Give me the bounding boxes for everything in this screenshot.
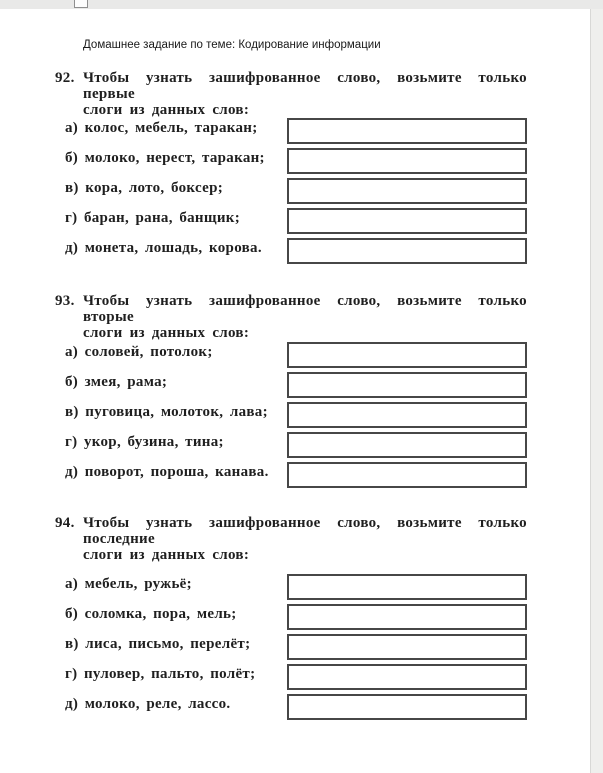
task-heading: 92. Чтобы узнать зашифрованное слово, во… — [55, 70, 527, 118]
item-label: б) молоко, нерест, таракан; — [65, 150, 265, 167]
item-label: г) баран, рана, банщик; — [65, 210, 240, 227]
answer-row: д) монета, лошадь, корова. — [0, 238, 603, 264]
answer-row: в) лиса, письмо, перелёт; — [0, 634, 603, 660]
answer-row: г) пуловер, пальто, полёт; — [0, 664, 603, 690]
answer-row: а) соловей, потолок; — [0, 342, 603, 368]
item-label: в) кора, лото, боксер; — [65, 180, 223, 197]
item-label: в) лиса, письмо, перелёт; — [65, 636, 250, 653]
task-heading: 94. Чтобы узнать зашифрованное слово, во… — [55, 515, 527, 563]
item-label: д) молоко, реле, лассо. — [65, 696, 230, 713]
item-label: а) соловей, потолок; — [65, 344, 213, 361]
answer-row: б) змея, рама; — [0, 372, 603, 398]
answer-box[interactable] — [287, 208, 527, 234]
answer-box[interactable] — [287, 664, 527, 690]
task-heading-line1: Чтобы узнать зашифрованное слово, возьми… — [83, 515, 527, 547]
answer-box[interactable] — [287, 574, 527, 600]
answer-row: б) молоко, нерест, таракан; — [0, 148, 603, 174]
answer-box[interactable] — [287, 402, 527, 428]
task-number: 93. — [55, 293, 75, 309]
answer-box[interactable] — [287, 238, 527, 264]
answer-row: а) мебель, ружьё; — [0, 574, 603, 600]
anchor-handle-icon — [74, 0, 88, 8]
answer-box[interactable] — [287, 432, 527, 458]
item-label: г) укор, бузина, тина; — [65, 434, 224, 451]
answer-box[interactable] — [287, 148, 527, 174]
task-heading-line1: Чтобы узнать зашифрованное слово, возьми… — [83, 70, 527, 102]
answer-box[interactable] — [287, 604, 527, 630]
document-page: Домашнее задание по теме: Кодирование ин… — [0, 0, 603, 773]
answer-row: г) баран, рана, банщик; — [0, 208, 603, 234]
task-heading-line2: слоги из данных слов: — [83, 102, 527, 118]
item-label: б) змея, рама; — [65, 374, 167, 391]
task-heading-line2: слоги из данных слов: — [83, 325, 527, 341]
answer-box[interactable] — [287, 462, 527, 488]
task-number: 94. — [55, 515, 75, 531]
answer-row: в) кора, лото, боксер; — [0, 178, 603, 204]
item-label: а) мебель, ружьё; — [65, 576, 192, 593]
top-gutter — [0, 0, 603, 9]
item-label: а) колос, мебель, таракан; — [65, 120, 258, 137]
answer-rows: а) колос, мебель, таракан; б) молоко, не… — [0, 118, 603, 268]
answer-row: а) колос, мебель, таракан; — [0, 118, 603, 144]
item-label: в) пуговица, молоток, лава; — [65, 404, 268, 421]
answer-rows: а) соловей, потолок; б) змея, рама; в) п… — [0, 342, 603, 492]
answer-row: г) укор, бузина, тина; — [0, 432, 603, 458]
answer-row: б) соломка, пора, мель; — [0, 604, 603, 630]
answer-row: д) молоко, реле, лассо. — [0, 694, 603, 720]
answer-rows: а) мебель, ружьё; б) соломка, пора, мель… — [0, 574, 603, 724]
answer-row: в) пуговица, молоток, лава; — [0, 402, 603, 428]
task-heading: 93. Чтобы узнать зашифрованное слово, во… — [55, 293, 527, 341]
answer-box[interactable] — [287, 634, 527, 660]
item-label: г) пуловер, пальто, полёт; — [65, 666, 255, 683]
answer-box[interactable] — [287, 694, 527, 720]
answer-box[interactable] — [287, 118, 527, 144]
answer-row: д) поворот, пороша, канава. — [0, 462, 603, 488]
task-number: 92. — [55, 70, 75, 86]
item-label: д) монета, лошадь, корова. — [65, 240, 262, 257]
task-heading-line1: Чтобы узнать зашифрованное слово, возьми… — [83, 293, 527, 325]
answer-box[interactable] — [287, 178, 527, 204]
answer-box[interactable] — [287, 342, 527, 368]
item-label: б) соломка, пора, мель; — [65, 606, 237, 623]
item-label: д) поворот, пороша, канава. — [65, 464, 269, 481]
document-title: Домашнее задание по теме: Кодирование ин… — [83, 38, 381, 52]
answer-box[interactable] — [287, 372, 527, 398]
task-heading-line2: слоги из данных слов: — [83, 547, 527, 563]
